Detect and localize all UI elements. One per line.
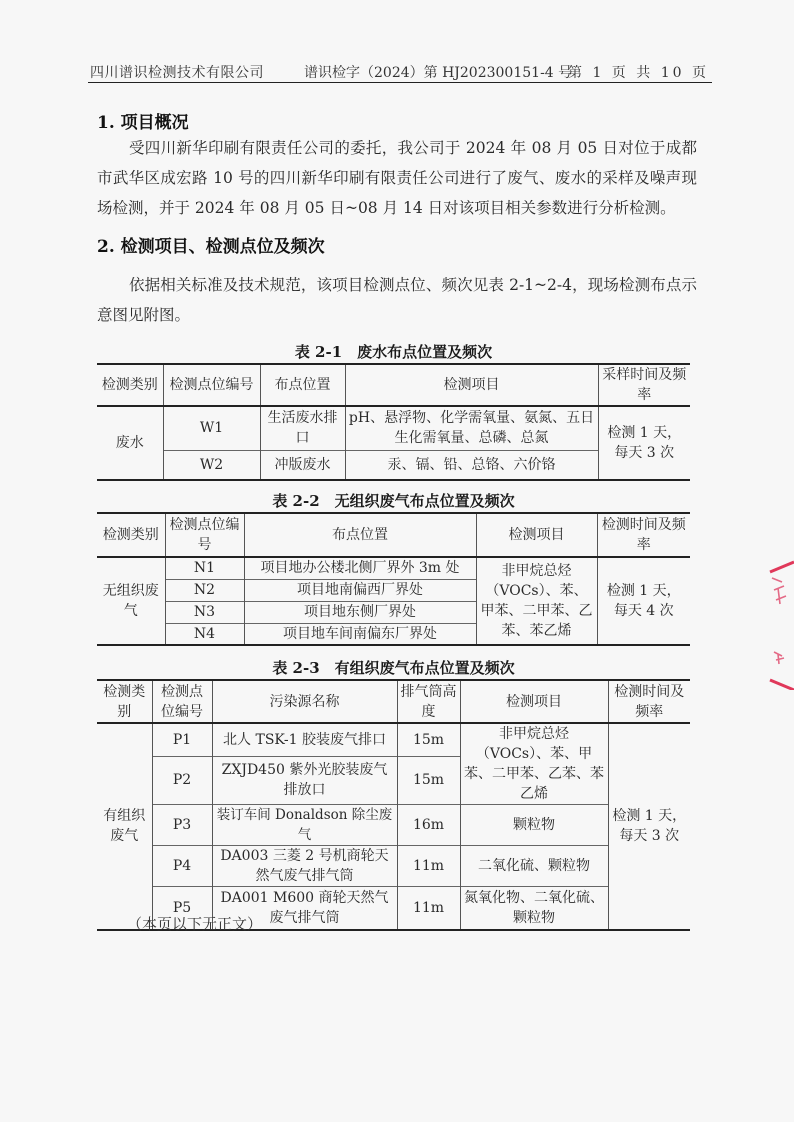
location-cell: 生活废水排口	[260, 406, 345, 450]
organized-gas-table: 检测类别 检测点位编号 污染源名称 排气筒高度 检测项目 检测时间及频率 有组织…	[97, 679, 690, 931]
frequency-cell: 检测 1 天，每天 3 次	[598, 406, 690, 480]
items-cell: 汞、镉、铅、总铬、六价铬	[345, 450, 598, 480]
seal-stamp-icon	[764, 560, 794, 690]
items-cell: 二氧化硫、颗粒物	[460, 846, 608, 887]
category-cell: 有组织废气	[97, 723, 152, 930]
location-cell: 项目地车间南偏东厂界处	[244, 623, 476, 645]
col-header: 采样时间及频率	[598, 364, 690, 406]
location-cell: 项目地东侧厂界处	[244, 601, 476, 623]
table2-caption: 表 2-2 无组织废气布点位置及频次	[97, 490, 690, 511]
col-header: 检测点位编号	[165, 513, 244, 557]
col-header: 检测点位编号	[152, 680, 212, 723]
wastewater-table: 检测类别 检测点位编号 布点位置 检测项目 采样时间及频率 废水 W1 生活废水…	[97, 363, 690, 481]
height-cell: 11m	[397, 887, 460, 930]
col-header: 污染源名称	[212, 680, 397, 723]
source-cell: 装订车间 Donaldson 除尘废气	[212, 805, 397, 846]
col-header: 检测项目	[476, 513, 597, 557]
table-row: 无组织废气 N1 项目地办公楼北侧厂界外 3m 处 非甲烷总烃（VOCs）、苯、…	[97, 557, 690, 579]
point-id: N4	[165, 623, 244, 645]
items-cell: 颗粒物	[460, 805, 608, 846]
location-cell: 项目地办公楼北侧厂界外 3m 处	[244, 557, 476, 579]
source-cell: ZXJD450 紫外光胶装废气排放口	[212, 756, 397, 804]
fugitive-gas-table: 检测类别 检测点位编号 布点位置 检测项目 检测时间及频率 无组织废气 N1 项…	[97, 512, 690, 646]
height-cell: 11m	[397, 846, 460, 887]
table-row: 废水 W1 生活废水排口 pH、悬浮物、化学需氧量、氨氮、五日生化需氧量、总磷、…	[97, 406, 690, 450]
detection-paragraph: 依据相关标准及技术规范，该项目检测点位、频次见表 2-1~2-4，现场检测布点示…	[97, 270, 697, 330]
table-row: P4 DA003 三菱 2 号机商轮天然气废气排气筒 11m 二氧化硫、颗粒物	[97, 846, 690, 887]
category-cell: 无组织废气	[97, 557, 165, 645]
table3-caption: 表 2-3 有组织废气布点位置及频次	[97, 657, 690, 678]
point-id: P2	[152, 756, 212, 804]
header-report-number: 谱识检字（2024）第 HJ202300151-4 号	[304, 62, 572, 82]
page-header: 四川谱识检测技术有限公司 谱识检字（2024）第 HJ202300151-4 号…	[88, 60, 712, 83]
col-header: 检测点位编号	[163, 364, 260, 406]
point-id: P1	[152, 723, 212, 756]
col-header: 布点位置	[260, 364, 345, 406]
point-id: N3	[165, 601, 244, 623]
col-header: 检测类别	[97, 364, 163, 406]
overview-paragraph: 受四川新华印刷有限责任公司的委托，我公司于 2024 年 08 月 05 日对位…	[97, 133, 697, 223]
table1-caption: 表 2-1 废水布点位置及频次	[97, 341, 690, 362]
point-id: P3	[152, 805, 212, 846]
col-header: 检测类别	[97, 680, 152, 723]
point-id: W1	[163, 406, 260, 450]
col-header: 检测时间及频率	[597, 513, 690, 557]
frequency-cell: 检测 1 天，每天 3 次	[608, 723, 690, 930]
height-cell: 15m	[397, 723, 460, 756]
category-cell: 废水	[97, 406, 163, 480]
location-cell: 项目地南偏西厂界处	[244, 579, 476, 601]
items-cell: 氮氧化物、二氧化硫、颗粒物	[460, 887, 608, 930]
col-header: 检测项目	[345, 364, 598, 406]
header-company: 四川谱识检测技术有限公司	[90, 62, 264, 82]
height-cell: 16m	[397, 805, 460, 846]
section-title-detection: 2. 检测项目、检测点位及频次	[97, 232, 325, 257]
col-header: 检测时间及频率	[608, 680, 690, 723]
point-id: W2	[163, 450, 260, 480]
source-cell: 北人 TSK-1 胶装废气排口	[212, 723, 397, 756]
col-header: 排气筒高度	[397, 680, 460, 723]
items-cell: 非甲烷总烃（VOCs）、苯、甲苯、二甲苯、乙苯、苯乙烯	[476, 557, 597, 645]
table-row: P3 装订车间 Donaldson 除尘废气 16m 颗粒物	[97, 805, 690, 846]
items-cell: 非甲烷总烃（VOCs）、苯、甲苯、二甲苯、乙苯、苯乙烯	[460, 723, 608, 805]
height-cell: 15m	[397, 756, 460, 804]
col-header: 检测类别	[97, 513, 165, 557]
col-header: 检测项目	[460, 680, 608, 723]
header-page-number: 第 1 页 共 10 页	[568, 62, 709, 82]
end-of-page-note: （本页以下无正文）	[127, 913, 262, 934]
section-title-overview: 1. 项目概况	[97, 108, 189, 133]
location-cell: 冲版废水	[260, 450, 345, 480]
frequency-cell: 检测 1 天，每天 4 次	[597, 557, 690, 645]
point-id: P4	[152, 846, 212, 887]
source-cell: DA003 三菱 2 号机商轮天然气废气排气筒	[212, 846, 397, 887]
col-header: 布点位置	[244, 513, 476, 557]
table-row: 有组织废气 P1 北人 TSK-1 胶装废气排口 15m 非甲烷总烃（VOCs）…	[97, 723, 690, 756]
point-id: N2	[165, 579, 244, 601]
point-id: N1	[165, 557, 244, 579]
items-cell: pH、悬浮物、化学需氧量、氨氮、五日生化需氧量、总磷、总氮	[345, 406, 598, 450]
